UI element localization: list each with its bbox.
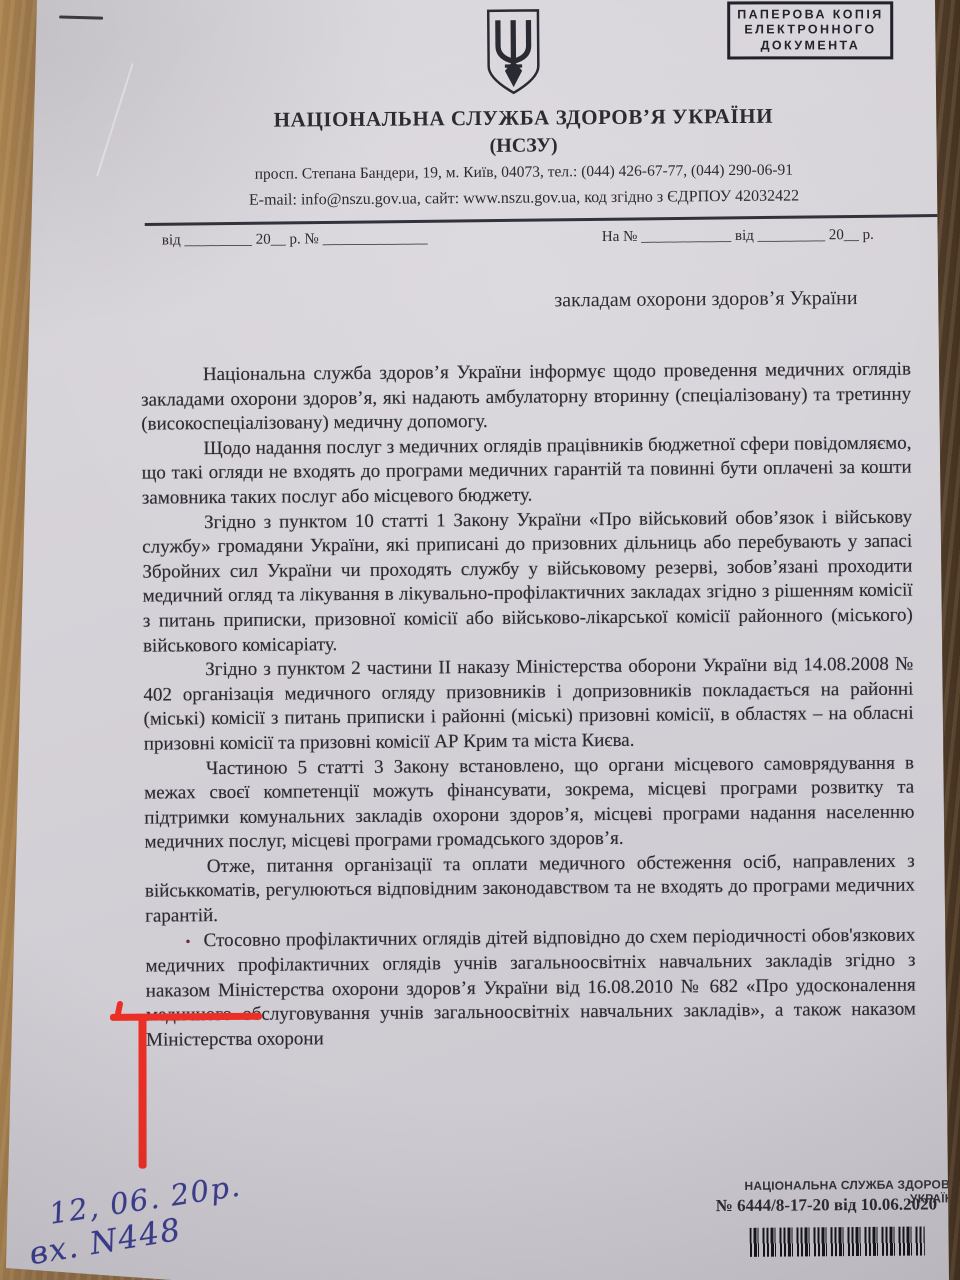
org-abbreviation: (НСЗУ) — [146, 132, 901, 161]
registration-stamp-number: № 6444/8-17-20 від 10.06.2020 — [690, 1194, 960, 1216]
document-content: ПАПЕРОВА КОПІЯ ЕЛЕКТРОННОГО ДОКУМЕНТА НА… — [0, 0, 960, 1280]
org-address: просп. Степана Бандери, 19, м. Київ, 040… — [146, 161, 901, 185]
staple-mark — [59, 16, 103, 20]
copy-stamp-line3: ДОКУМЕНТА — [737, 38, 883, 53]
barcode — [750, 1227, 925, 1257]
red-bullet-icon: • — [185, 934, 190, 950]
reference-fields-row: від _________ 20__ р. № ______________ Н… — [162, 227, 874, 250]
addressee-line: закладам охорони здоров’я України — [554, 287, 857, 312]
org-contacts: E-mail: info@nszu.gov.ua, сайт: www.nszu… — [146, 187, 901, 211]
photo-of-document: { "copy_stamp": { "line1": "ПАПЕРОВА КОП… — [0, 0, 960, 1280]
paragraph-4: Згідно з пунктом 2 частини II наказу Мін… — [143, 653, 914, 757]
paper-copy-stamp: ПАПЕРОВА КОПІЯ ЕЛЕКТРОННОГО ДОКУМЕНТА — [727, 1, 893, 59]
paragraph-7: •Стосовно профілактичних оглядів дітей в… — [145, 923, 916, 1053]
incoming-ref-blank: На № ____________ від _________ 20__ р. — [602, 227, 874, 246]
paragraph-1: Національна служба здоров’я України інфо… — [141, 358, 912, 438]
ukraine-trident-emblem-icon — [484, 8, 543, 99]
paragraph-2: Щодо надання послуг з медичних оглядів п… — [141, 431, 912, 511]
paragraph-7-text: Стосовно профілактичних оглядів дітей ві… — [145, 924, 916, 1050]
red-marker-underline — [110, 1013, 262, 1021]
red-marker-margin-line — [138, 1016, 146, 1169]
document-sheet: ПАПЕРОВА КОПІЯ ЕЛЕКТРОННОГО ДОКУМЕНТА НА… — [0, 0, 960, 1280]
paragraph-6: Отже, питання організації та оплати меди… — [145, 849, 916, 929]
org-name: НАЦІОНАЛЬНА СЛУЖБА ЗДОРОВ’Я УКРАЇНИ — [146, 103, 901, 134]
paper-crease — [96, 63, 133, 176]
copy-stamp-line1: ПАПЕРОВА КОПІЯ — [737, 7, 883, 22]
paragraph-5: Частиною 5 статті 3 Закону встановлено, … — [144, 751, 915, 855]
copy-stamp-line2: ЕЛЕКТРОННОГО — [737, 23, 883, 38]
outgoing-ref-blank: від _________ 20__ р. № ______________ — [162, 230, 428, 249]
paragraph-3: Згідно з пунктом 10 статті 1 Закону Укра… — [142, 505, 913, 659]
header-divider — [145, 214, 949, 226]
letter-body: Національна служба здоров’я України інфо… — [141, 358, 916, 1054]
